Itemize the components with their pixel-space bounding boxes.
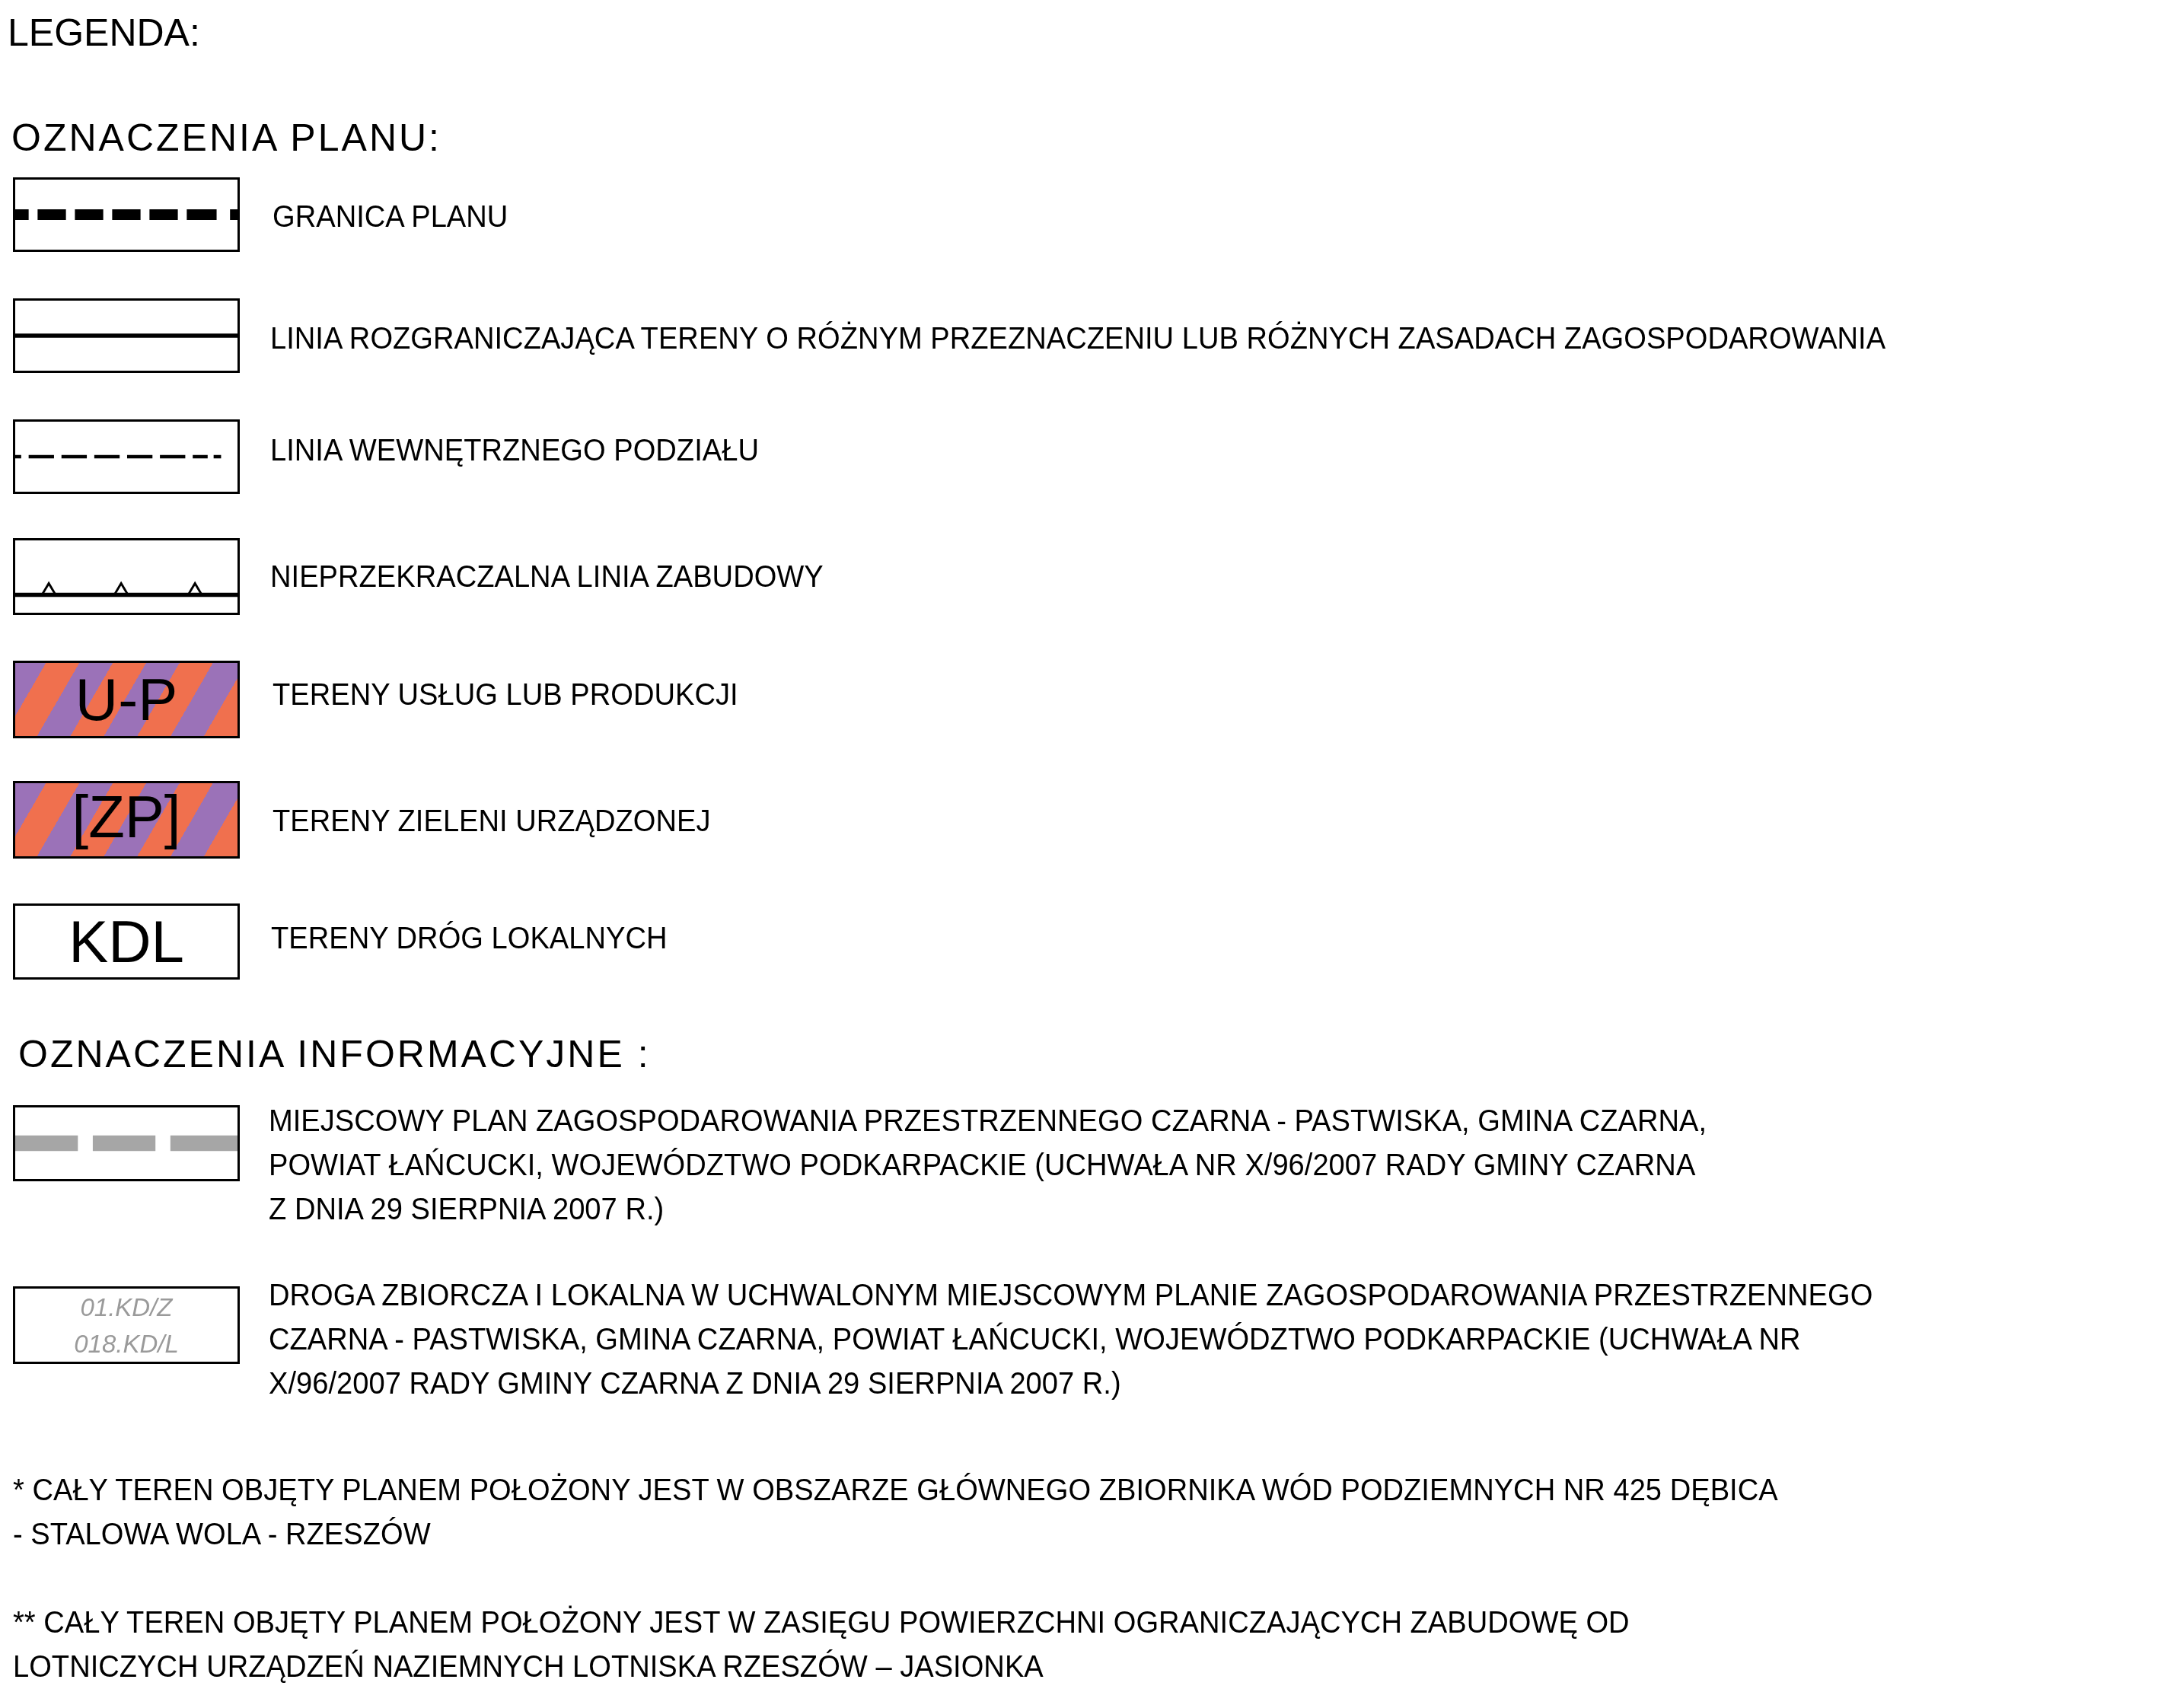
zone-code: [ZP] xyxy=(15,781,237,856)
plan-boundary-symbol xyxy=(13,177,240,252)
footnote-airport: ** CAŁY TEREN OBJĘTY PLANEM POŁOŻONY JES… xyxy=(13,1600,1630,1688)
adopted-roads-symbol: 01.KD/Z 018.KD/L xyxy=(13,1286,240,1364)
description-line: Z DNIA 29 SIERPNIA 2007 R.) xyxy=(269,1187,1707,1231)
road-code: 01.KD/Z xyxy=(15,1293,237,1322)
boundary-line-symbol xyxy=(13,298,240,373)
section-heading-info: OZNACZENIA INFORMACYJNE : xyxy=(18,1032,651,1076)
road-code: 018.KD/L xyxy=(15,1330,237,1359)
description-line: X/96/2007 RADY GMINY CZARNA Z DNIA 29 SI… xyxy=(269,1361,1873,1405)
legend-description: DROGA ZBIORCZA I LOKALNA W UCHWALONYM MI… xyxy=(269,1273,1873,1405)
legend-label: TERENY ZIELENI URZĄDZONEJ xyxy=(273,798,711,843)
local-roads-symbol: KDL xyxy=(13,903,240,980)
footnote-line: ** CAŁY TEREN OBJĘTY PLANEM POŁOŻONY JES… xyxy=(13,1600,1630,1644)
services-production-symbol: U-P xyxy=(13,661,240,738)
section-heading-plan: OZNACZENIA PLANU: xyxy=(11,116,441,160)
description-line: DROGA ZBIORCZA I LOKALNA W UCHWALONYM MI… xyxy=(269,1273,1873,1317)
description-line: POWIAT ŁAŃCUCKI, WOJEWÓDZTWO PODKARPACKI… xyxy=(269,1142,1707,1187)
legend-title: LEGENDA: xyxy=(8,11,200,55)
footnote-groundwater: * CAŁY TEREN OBJĘTY PLANEM POŁOŻONY JEST… xyxy=(13,1467,1778,1556)
description-line: MIEJSCOWY PLAN ZAGOSPODAROWANIA PRZESTRZ… xyxy=(269,1098,1707,1142)
legend-label: TERENY USŁUG LUB PRODUKCJI xyxy=(273,671,738,717)
footnote-line: - STALOWA WOLA - RZESZÓW xyxy=(13,1512,1778,1556)
legend-label: LINIA WEWNĘTRZNEGO PODZIAŁU xyxy=(270,427,759,473)
green-areas-symbol: [ZP] xyxy=(13,781,240,859)
footnote-line: LOTNICZYCH URZĄDZEŃ NAZIEMNYCH LOTNISKA … xyxy=(13,1644,1630,1688)
internal-division-symbol xyxy=(13,419,240,494)
legend-label: TERENY DRÓG LOKALNYCH xyxy=(271,915,668,961)
adopted-plan-symbol xyxy=(13,1105,240,1181)
description-line: CZARNA - PASTWISKA, GMINA CZARNA, POWIAT… xyxy=(269,1317,1873,1361)
legend-label: NIEPRZEKRACZALNA LINIA ZABUDOWY xyxy=(270,553,824,599)
zone-code: KDL xyxy=(15,906,237,977)
building-line-symbol xyxy=(13,538,240,615)
legend-label: LINIA ROZGRANICZAJĄCA TERENY O RÓŻNYM PR… xyxy=(270,315,1885,361)
zone-code: U-P xyxy=(15,663,237,736)
legend-description: MIEJSCOWY PLAN ZAGOSPODAROWANIA PRZESTRZ… xyxy=(269,1098,1707,1231)
legend-label: GRANICA PLANU xyxy=(273,193,508,239)
footnote-line: * CAŁY TEREN OBJĘTY PLANEM POŁOŻONY JEST… xyxy=(13,1467,1778,1512)
